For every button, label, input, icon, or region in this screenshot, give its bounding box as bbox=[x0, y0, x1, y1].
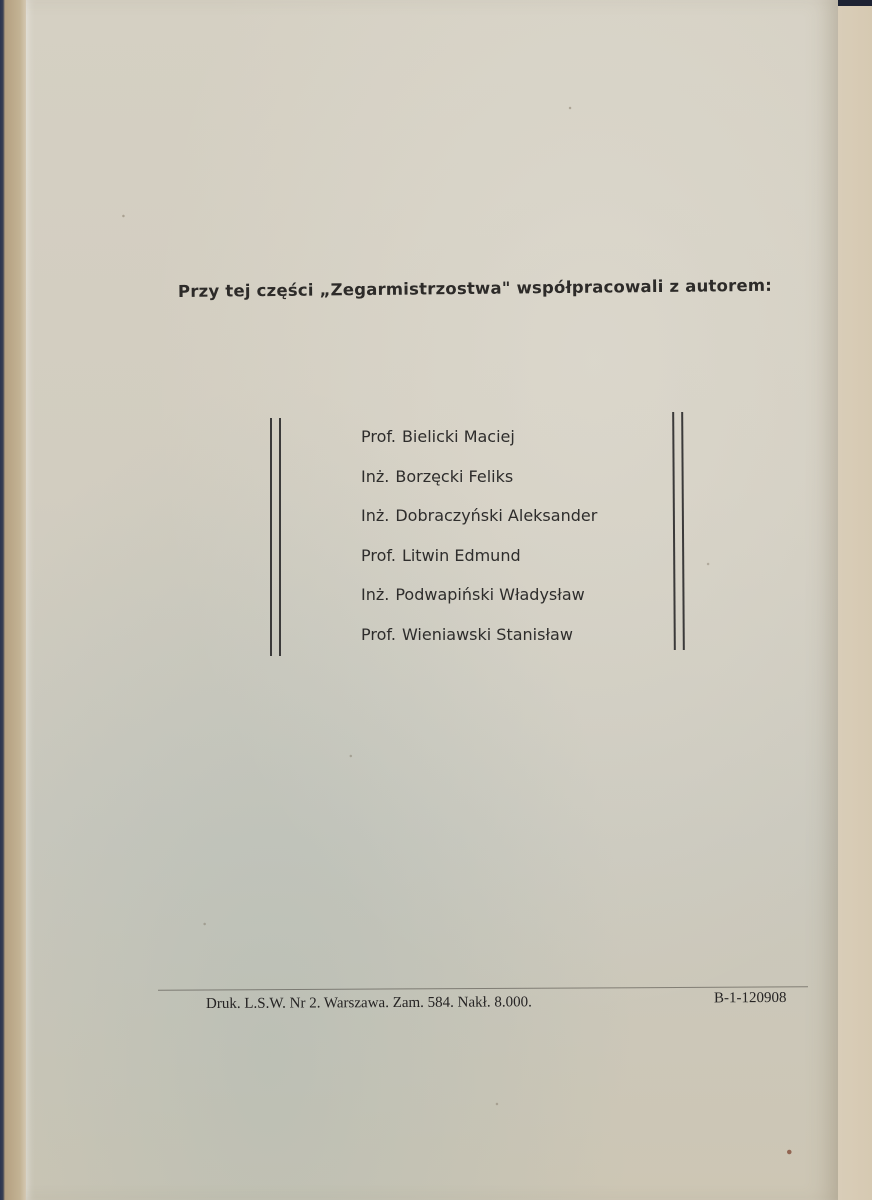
backdrop-right-edge bbox=[832, 0, 872, 1200]
contributor-name: Wieniawski Stanisław bbox=[402, 625, 573, 644]
contributor-item: Inż.Borzęcki Feliks bbox=[361, 466, 597, 506]
contributor-name: Litwin Edmund bbox=[402, 546, 521, 565]
imprint-text: Druk. L.S.W. Nr 2. Warszawa. Zam. 584. N… bbox=[206, 994, 532, 1012]
printer-imprint: Druk. L.S.W. Nr 2. Warszawa. Zam. 584. N… bbox=[206, 994, 532, 1013]
contributor-name: Dobraczyński Aleksander bbox=[395, 506, 597, 525]
contributor-item: Prof.Litwin Edmund bbox=[361, 545, 597, 585]
left-double-rule-inner bbox=[279, 418, 281, 656]
right-double-rule-inner bbox=[672, 412, 675, 650]
contributors-frame: Prof.Bielicki Maciej Inż.Borzęcki Feliks… bbox=[267, 412, 687, 658]
contributor-title: Prof. bbox=[361, 625, 396, 644]
contributor-title: Inż. bbox=[361, 467, 389, 486]
contributor-title: Prof. bbox=[361, 427, 396, 446]
contributor-name: Podwapiński Władysław bbox=[395, 585, 584, 604]
backdrop-left-edge bbox=[0, 0, 26, 1200]
contributor-item: Inż.Dobraczyński Aleksander bbox=[361, 505, 597, 545]
right-double-rule-outer bbox=[681, 412, 684, 650]
contributors-list: Prof.Bielicki Maciej Inż.Borzęcki Feliks… bbox=[361, 426, 597, 664]
book-page: Przy tej części „Zegarmistrzostwa" współ… bbox=[26, 0, 838, 1200]
contributor-title: Inż. bbox=[361, 506, 389, 525]
contributor-item: Prof.Bielicki Maciej bbox=[361, 426, 597, 466]
contributor-title: Inż. bbox=[361, 585, 389, 604]
contributor-name: Bielicki Maciej bbox=[402, 427, 515, 446]
contributor-title: Prof. bbox=[361, 546, 396, 565]
imprint-divider bbox=[158, 986, 808, 990]
contributor-item: Prof.Wieniawski Stanisław bbox=[361, 624, 597, 664]
contributor-name: Borzęcki Feliks bbox=[395, 467, 513, 486]
left-double-rule-outer bbox=[270, 418, 272, 656]
contributor-item: Inż.Podwapiński Władysław bbox=[361, 584, 597, 624]
imprint-code: B-1-120908 bbox=[714, 990, 787, 1007]
page-heading: Przy tej części „Zegarmistrzostwa" współ… bbox=[178, 276, 772, 301]
